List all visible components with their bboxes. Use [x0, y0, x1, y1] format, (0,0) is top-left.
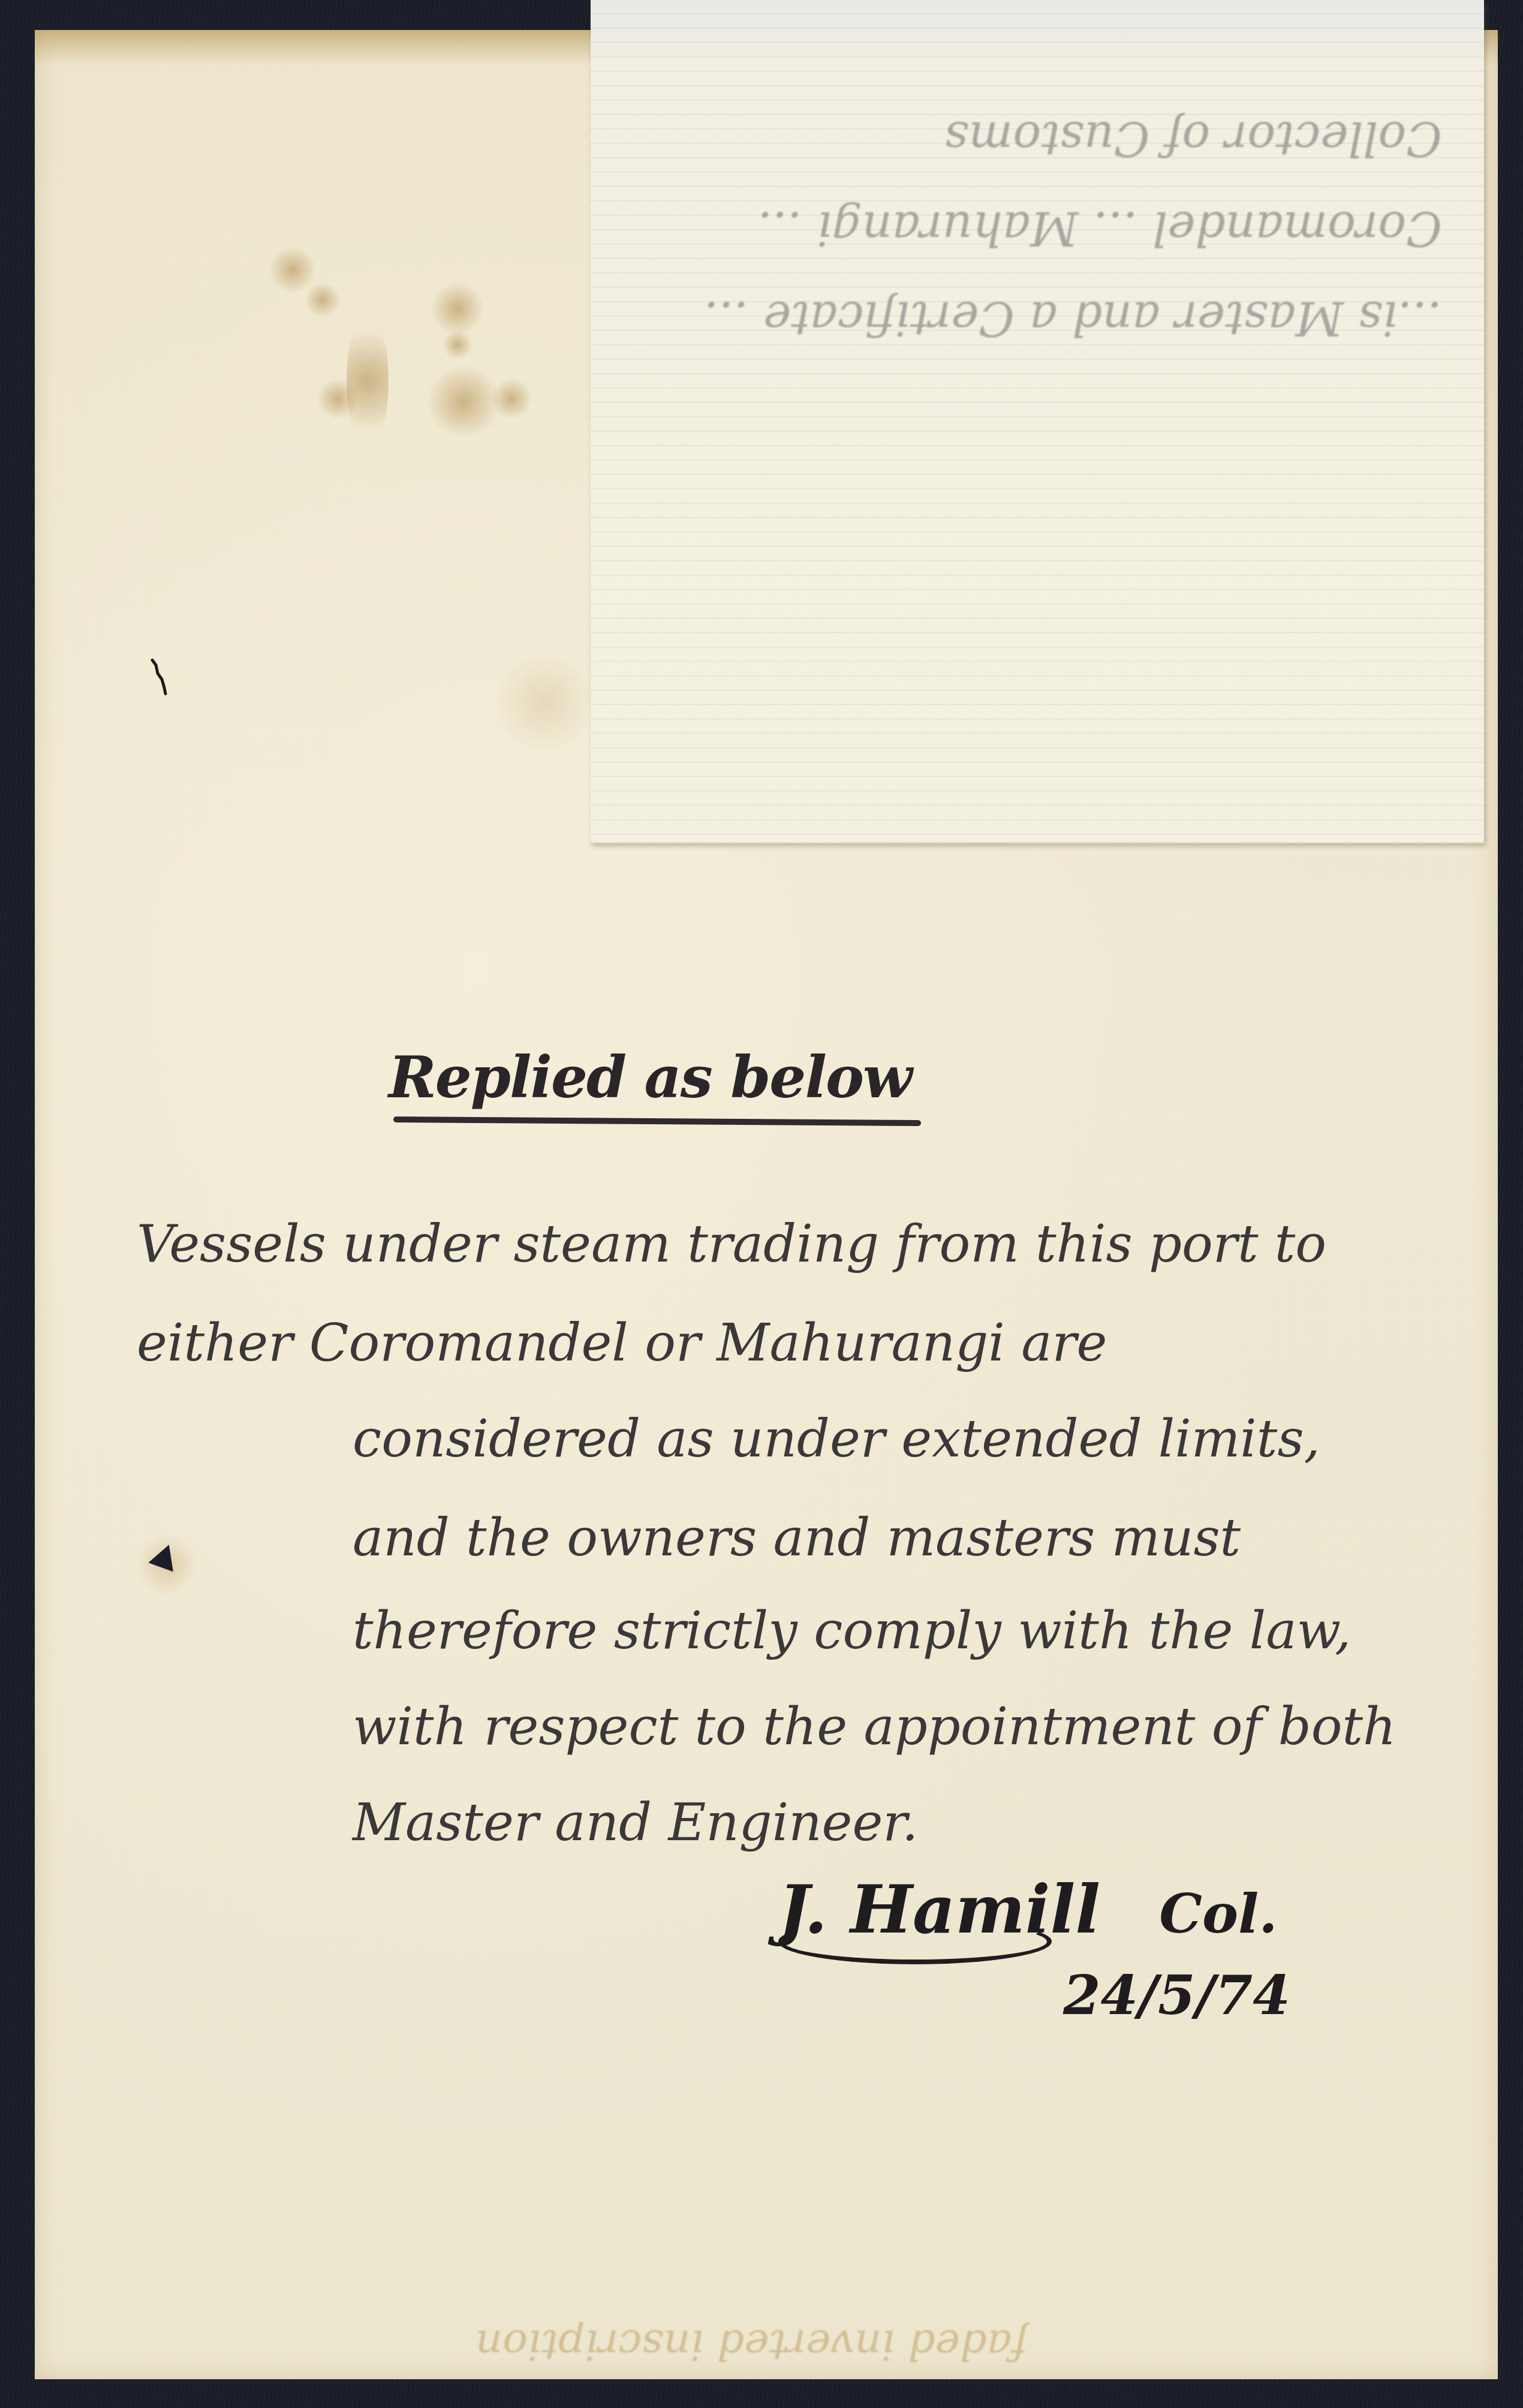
foxing-stain: [431, 282, 484, 336]
signature-name: J. Hamill: [778, 1871, 1100, 1948]
signature-date: 24/5/74: [1063, 1964, 1290, 2027]
attached-note: ...is Master and a Certificate ... Corom…: [591, 0, 1484, 844]
signature: J. Hamill Col.: [778, 1871, 1278, 1948]
body-line: either Coromandel or Mahurangi are: [137, 1313, 1107, 1373]
foxing-stain: [490, 654, 598, 750]
foxing-stain: [347, 312, 389, 450]
faded-inscription: faded inverted inscription: [475, 2320, 1027, 2370]
foxing-stain: [490, 378, 532, 420]
body-line: considered as under extended limits,: [353, 1409, 1320, 1469]
body-line: therefore strictly comply with the law,: [353, 1601, 1351, 1661]
body-line: and the owners and masters must: [353, 1508, 1241, 1568]
reply-heading: Replied as below: [389, 1043, 911, 1111]
heading-underline: [393, 1116, 921, 1126]
signature-suffix: Col.: [1159, 1882, 1277, 1946]
foxing-stain: [317, 378, 359, 420]
tear-mark-icon: [149, 657, 173, 699]
body-line: Vessels under steam trading from this po…: [137, 1214, 1326, 1274]
foxing-stain: [305, 282, 341, 318]
body-line: Master and Engineer.: [353, 1793, 918, 1853]
body-line: with respect to the appointment of both: [353, 1697, 1396, 1757]
foxing-stain: [443, 330, 472, 360]
attached-note-text: ...is Master and a Certificate ... Corom…: [663, 93, 1442, 363]
